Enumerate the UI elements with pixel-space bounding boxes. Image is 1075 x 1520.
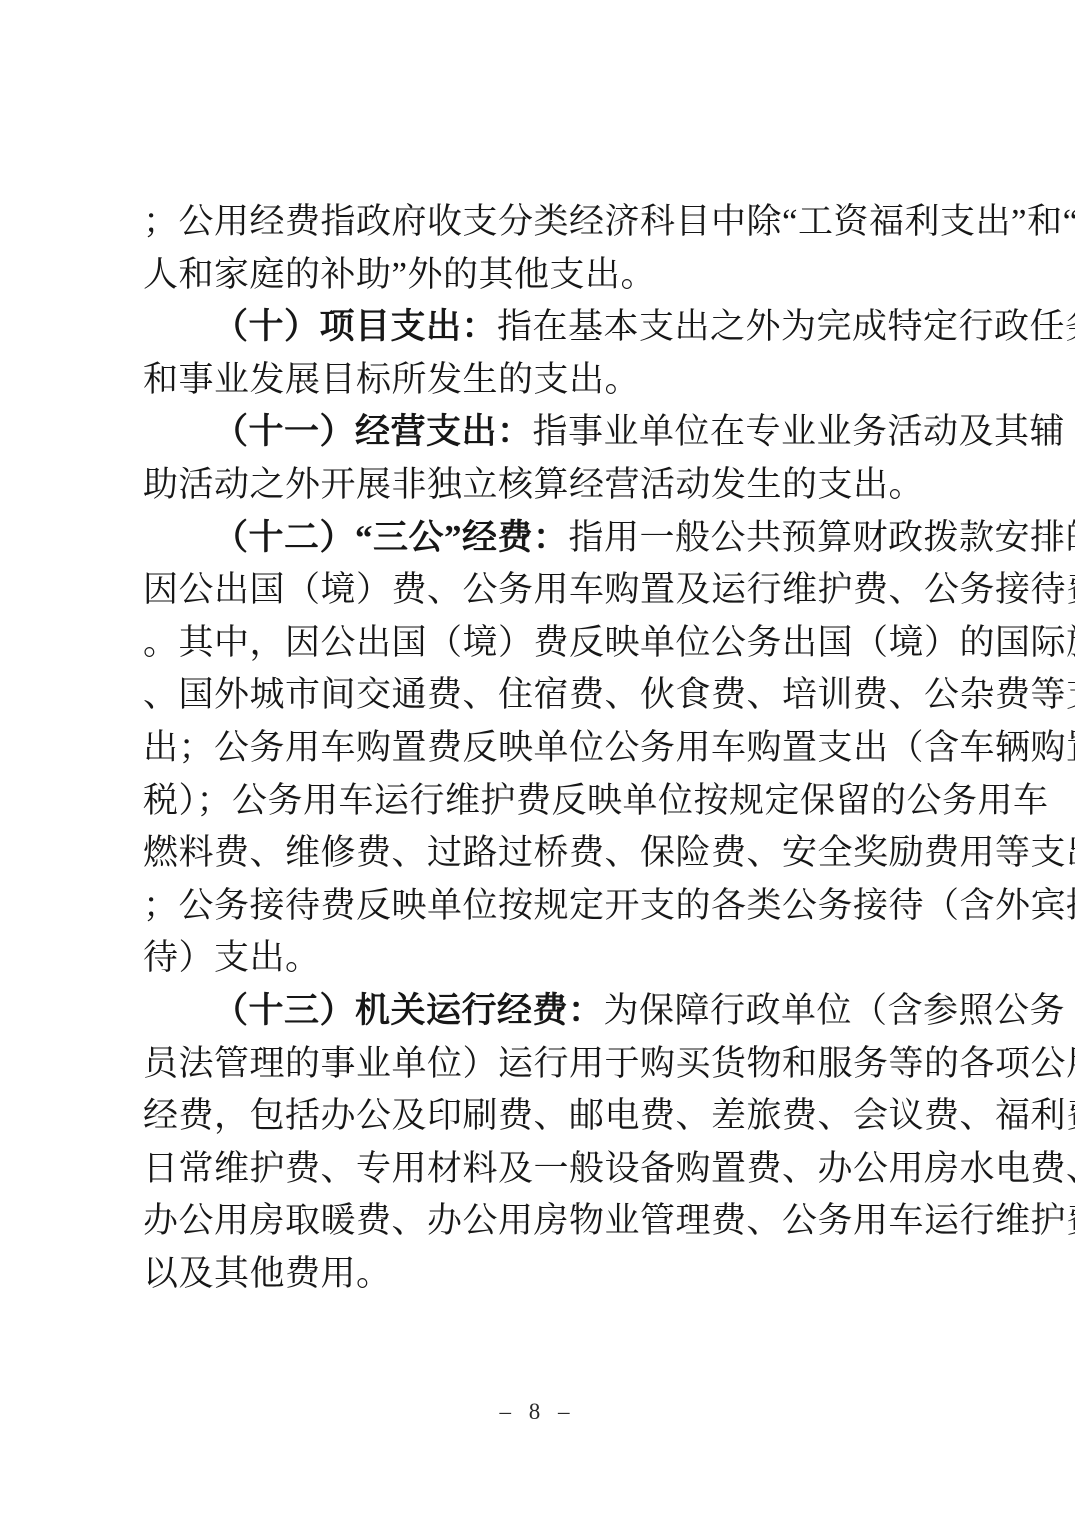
text-line: 人和家庭的补助”外的其他支出。 [143, 249, 947, 302]
body-text: 税）；公务用车运行维护费反映单位按规定保留的公务用车 [143, 781, 1049, 820]
term-heading: （十二）“三公”经费： [213, 518, 569, 557]
document-body: ；公用经费指政府收支分类经济科目中除“工资福利支出”和“对个人和家庭的补助”外的… [143, 196, 947, 1300]
para-13-agency-operating-funds: （十三）机关运行经费：为保障行政单位（含参照公务员法管理的事业单位）运行用于购买… [143, 985, 947, 1301]
para-12-three-public-funds: （十二）“三公”经费：指用一般公共预算财政拨款安排的因公出国（境）费、公务用车购… [143, 512, 947, 985]
body-text: ；公务接待费反映单位按规定开支的各类公务接待（含外宾接 [143, 886, 1075, 925]
text-line: 员法管理的事业单位）运行用于购买货物和服务等的各项公用 [143, 1038, 947, 1091]
para-10-project-expenditure: （十）项目支出：指在基本支出之外为完成特定行政任务和事业发展目标所发生的支出。 [143, 301, 947, 406]
text-line: 以及其他费用。 [143, 1248, 947, 1301]
body-text: 。其中，因公出国（境）费反映单位公务出国（境）的国际旅费 [143, 623, 1075, 662]
body-text: 因公出国（境）费、公务用车购置及运行维护费、公务接待费 [143, 570, 1075, 609]
body-text: 经费，包括办公及印刷费、邮电费、差旅费、会议费、福利费、 [143, 1096, 1075, 1135]
body-text: 出；公务用车购置费反映单位公务用车购置支出（含车辆购置 [143, 728, 1075, 767]
body-text: 日常维护费、专用材料及一般设备购置费、办公用房水电费、 [143, 1149, 1075, 1188]
body-text: 人和家庭的补助”外的其他支出。 [143, 255, 656, 294]
document-page: ；公用经费指政府收支分类经济科目中除“工资福利支出”和“对个人和家庭的补助”外的… [0, 0, 1075, 1520]
para-public-funds-continued: ；公用经费指政府收支分类经济科目中除“工资福利支出”和“对个人和家庭的补助”外的… [143, 196, 947, 301]
page-number: – 8 – [0, 1399, 1075, 1425]
body-text: 待）支出。 [143, 938, 321, 977]
text-line: （十三）机关运行经费：为保障行政单位（含参照公务 [143, 985, 947, 1038]
body-text: 指在基本支出之外为完成特定行政任务 [497, 307, 1075, 346]
text-line: 税）；公务用车运行维护费反映单位按规定保留的公务用车 [143, 775, 947, 828]
text-line: ；公务接待费反映单位按规定开支的各类公务接待（含外宾接 [143, 880, 947, 933]
text-line: ；公用经费指政府收支分类经济科目中除“工资福利支出”和“对个 [143, 196, 947, 249]
body-text: 为保障行政单位（含参照公务 [604, 991, 1066, 1030]
text-line: 日常维护费、专用材料及一般设备购置费、办公用房水电费、 [143, 1143, 947, 1196]
text-line: 待）支出。 [143, 932, 947, 985]
text-line: （十二）“三公”经费：指用一般公共预算财政拨款安排的 [143, 512, 947, 565]
body-text: 以及其他费用。 [143, 1254, 392, 1293]
text-line: 、国外城市间交通费、住宿费、伙食费、培训费、公杂费等支 [143, 669, 947, 722]
para-11-operating-expenditure: （十一）经营支出：指事业单位在专业业务活动及其辅助活动之外开展非独立核算经营活动… [143, 406, 947, 511]
text-line: 。其中，因公出国（境）费反映单位公务出国（境）的国际旅费 [143, 617, 947, 670]
text-line: （十）项目支出：指在基本支出之外为完成特定行政任务 [143, 301, 947, 354]
term-heading: （十一）经营支出： [213, 412, 533, 451]
text-line: 出；公务用车购置费反映单位公务用车购置支出（含车辆购置 [143, 722, 947, 775]
text-line: 因公出国（境）费、公务用车购置及运行维护费、公务接待费 [143, 564, 947, 617]
body-text: 助活动之外开展非独立核算经营活动发生的支出。 [143, 465, 924, 504]
body-text: 员法管理的事业单位）运行用于购买货物和服务等的各项公用 [143, 1044, 1075, 1083]
body-text: 指事业单位在专业业务活动及其辅 [533, 412, 1066, 451]
body-text: ；公用经费指政府收支分类经济科目中除“工资福利支出”和“对个 [143, 202, 1075, 241]
body-text: 和事业发展目标所发生的支出。 [143, 360, 640, 399]
text-line: 燃料费、维修费、过路过桥费、保险费、安全奖励费用等支出 [143, 827, 947, 880]
text-line: 办公用房取暖费、办公用房物业管理费、公务用车运行维护费 [143, 1195, 947, 1248]
body-text: 燃料费、维修费、过路过桥费、保险费、安全奖励费用等支出 [143, 833, 1075, 872]
body-text: 指用一般公共预算财政拨款安排的 [569, 518, 1075, 557]
body-text: 、国外城市间交通费、住宿费、伙食费、培训费、公杂费等支 [143, 675, 1075, 714]
text-line: 和事业发展目标所发生的支出。 [143, 354, 947, 407]
text-line: （十一）经营支出：指事业单位在专业业务活动及其辅 [143, 406, 947, 459]
text-line: 助活动之外开展非独立核算经营活动发生的支出。 [143, 459, 947, 512]
term-heading: （十三）机关运行经费： [213, 991, 604, 1030]
term-heading: （十）项目支出： [213, 307, 497, 346]
text-line: 经费，包括办公及印刷费、邮电费、差旅费、会议费、福利费、 [143, 1090, 947, 1143]
body-text: 办公用房取暖费、办公用房物业管理费、公务用车运行维护费 [143, 1201, 1075, 1240]
